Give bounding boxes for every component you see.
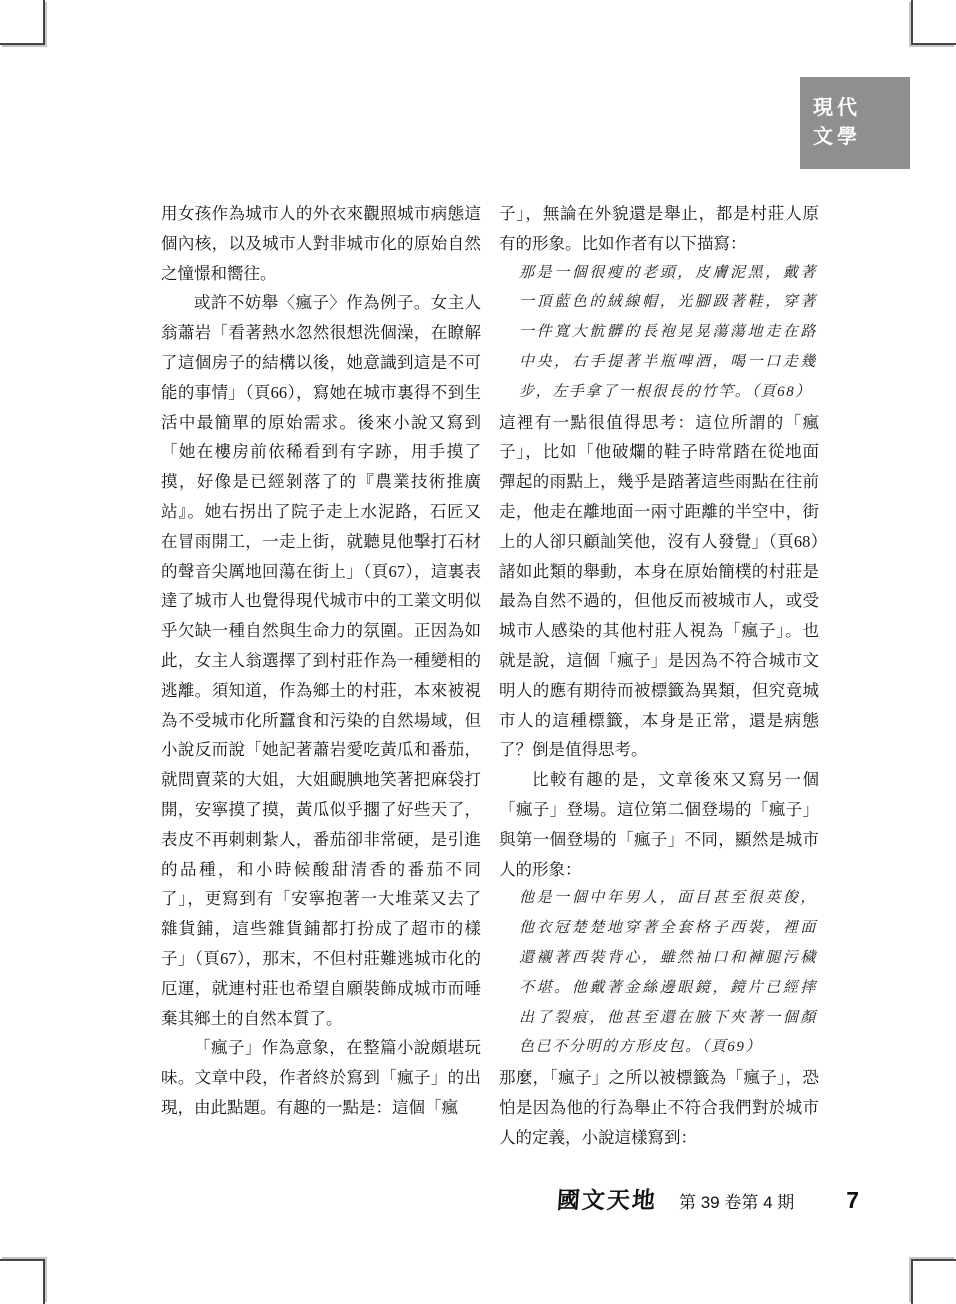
paragraph: 「瘋子」作為意象，在整篇小說頗堪玩味。文章中段，作者終於寫到「瘋子」的出現，由此…	[161, 1033, 481, 1122]
crop-mark-top-right	[911, 0, 956, 45]
crop-mark-bottom-left	[0, 1259, 45, 1304]
paragraph: 比較有趣的是，文章後來又寫另一個「瘋子」登場。這位第二個登場的「瘋子」與第一個登…	[499, 765, 819, 884]
right-column: 子」，無論在外貌還是舉止，都是村莊人原有的形象。比如作者有以下描寫： 那是一個很…	[499, 199, 819, 1153]
page-number: 7	[846, 1187, 859, 1214]
paragraph: 這裡有一點很值得思考：這位所謂的「瘋子」，比如「他破爛的鞋子時常踏在從地面彈起的…	[499, 408, 819, 766]
paragraph: 用女孩作為城市人的外衣來觀照城市病態這個內核，以及城市人對非城市化的原始自然之憧…	[161, 199, 481, 288]
paragraph: 子」，無論在外貌還是舉止，都是村莊人原有的形象。比如作者有以下描寫：	[499, 199, 819, 259]
page-footer: 國文天地 第 39 卷第 4 期 7	[557, 1182, 859, 1215]
blockquote: 他是一個中年男人，面目甚至很英俊，他衣冠楚楚地穿著全套格子西裝，裡面還襯著西裝背…	[519, 884, 817, 1063]
paragraph: 或許不妨舉〈瘋子〉作為例子。女主人翁蕭岩「看著熱水忽然很想洗個澡，在瞭解了這個房…	[161, 288, 481, 1033]
section-tab-line2: 文學	[813, 123, 910, 152]
issue-info: 第 39 卷第 4 期	[679, 1188, 794, 1213]
blockquote: 那是一個很瘦的老頭，皮膚泥黑，戴著一頂藍色的絨線帽，光腳趿著鞋，穿著一件寬大骯髒…	[519, 259, 817, 408]
crop-mark-top-left	[0, 0, 45, 45]
section-tab-line1: 現代	[813, 94, 910, 123]
section-tab: 現代 文學	[800, 77, 910, 169]
left-column: 用女孩作為城市人的外衣來觀照城市病態這個內核，以及城市人對非城市化的原始自然之憧…	[161, 199, 481, 1123]
magazine-page: 現代 文學 用女孩作為城市人的外衣來觀照城市病態這個內核，以及城市人對非城市化的…	[0, 0, 956, 1304]
paragraph: 那麼，「瘋子」之所以被標籤為「瘋子」，恐怕是因為他的行為舉止不符合我們對於城市人…	[499, 1063, 819, 1152]
crop-mark-bottom-right	[911, 1259, 956, 1304]
journal-logo: 國文天地	[556, 1182, 658, 1215]
